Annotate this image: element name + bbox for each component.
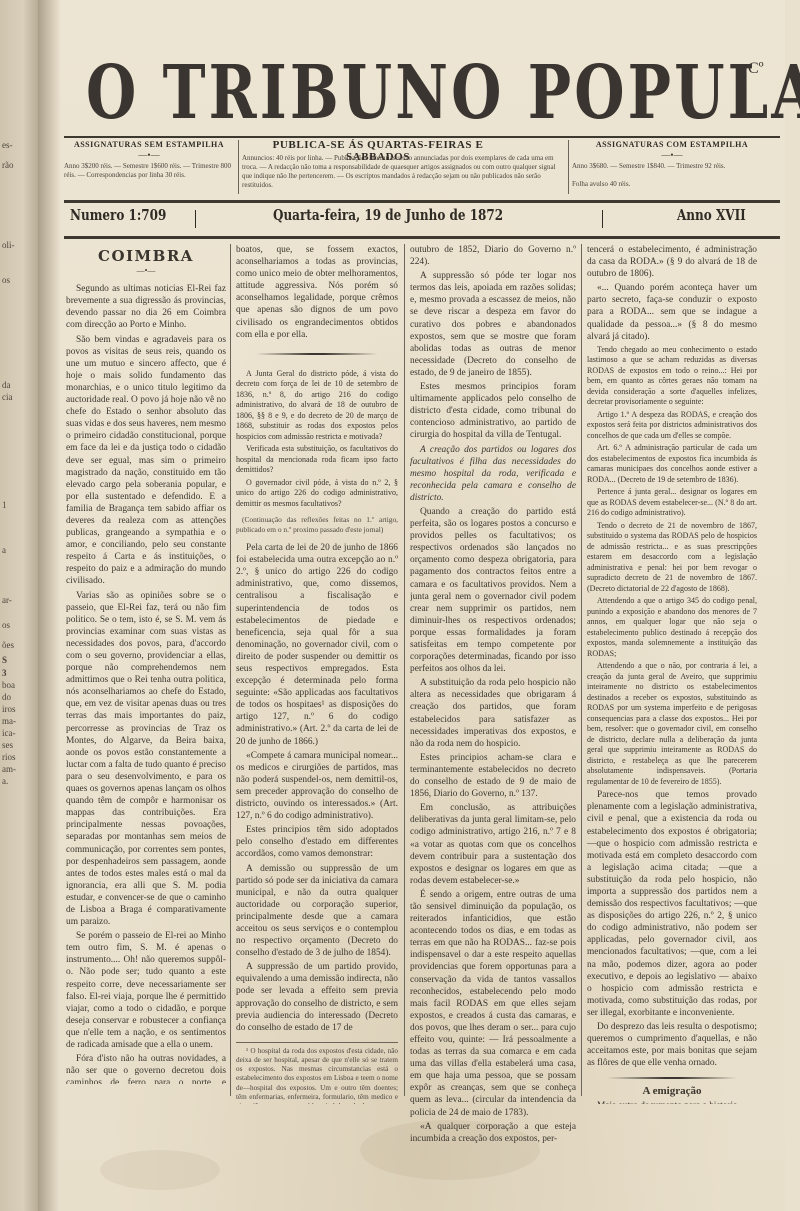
article-paragraph: São bem vindas e agradaveis para os povo… (66, 334, 226, 588)
dateline-divider (602, 210, 603, 228)
article-paragraph: É sendo a origem, entre outras de uma tã… (410, 889, 576, 1119)
dateline-bottom-rule (64, 236, 780, 239)
column-divider (230, 244, 231, 1096)
margin-fragment: ica- (2, 728, 16, 739)
margin-fragment: a (2, 545, 6, 556)
margin-fragment: ar- (2, 595, 12, 606)
article-paragraph: Se porém o passeio de El-rei ao Minho te… (66, 930, 226, 1051)
dateline-top-rule (64, 200, 780, 203)
article-paragraph: A suppressão de um partido provido, equi… (236, 961, 398, 1034)
adjacent-page-edge: es- rão oli- os da cia 1 a ar- os ões S … (0, 0, 38, 1211)
decree-quote: Attendendo a que o não, por contraria á … (587, 661, 757, 787)
article-paragraph: Parece-nos que temos provado plenamente … (587, 789, 757, 1019)
article-paragraph: «Compete á camara municipal nomear... os… (236, 750, 398, 823)
legal-question: O governador civil póde, á vista do n.º … (236, 478, 398, 510)
article-paragraph: tencerá o estabelecimento, é administraç… (587, 244, 757, 280)
issue-year: Anno XVII (677, 206, 746, 230)
footnote-rule (236, 1042, 398, 1043)
page-gutter (38, 0, 60, 1211)
margin-fragment: rão (2, 160, 14, 171)
article-paragraph: «A qualquer corporação a que esteja incu… (410, 1121, 576, 1145)
masthead-title: O TRIBUNO POPULAR (86, 48, 772, 138)
newspaper-page: O TRIBUNO POPULAR Cº ASSIGNATURAS SEM ES… (60, 0, 785, 1211)
article-paragraph: Mais outro documento para a historia (587, 1100, 757, 1105)
column-divider (238, 140, 239, 194)
column-4: tencerá o estabelecimento, é administraç… (587, 244, 757, 1104)
decree-quote: Art. 6.º A administração particular de c… (587, 443, 757, 485)
column-divider (568, 140, 569, 194)
subscription-right-heading: ASSIGNATURAS COM ESTAMPILHA (572, 140, 772, 149)
subscription-left-text: Anno 3$200 réis. — Semestre 1$600 réis. … (64, 162, 232, 180)
article-paragraph: Do desprezo das leis resulta o despotism… (587, 1021, 757, 1069)
decree-quote: Attendendo a que o artigo 345 do codigo … (587, 596, 757, 659)
issue-number: Numero 1:709 (70, 206, 166, 230)
article-paragraph: «... Quando porém aconteça haver um part… (587, 282, 757, 342)
column-2: boatos, que, se fossem exactos, aconselh… (236, 244, 398, 1104)
article-paragraph: Estes mesmos principios foram ultimament… (410, 381, 576, 441)
ornament: —•— (572, 150, 772, 160)
margin-fragment: os (2, 620, 10, 631)
decree-quote: Pertence á junta geral... designar os lo… (587, 487, 757, 519)
margin-fragment: 3 (2, 668, 7, 679)
margin-fragment: cia (2, 392, 13, 403)
issue-date: Quarta-feira, 19 de Junho de 1872 (273, 206, 503, 230)
margin-fragment: es- (2, 140, 13, 151)
continuation-note: (Continuação das reflexões feitas no 1.º… (236, 515, 398, 534)
decree-quote: Tendo chegado ao meu conhecimento o esta… (587, 345, 757, 408)
margin-fragment: S (2, 655, 7, 666)
article-paragraph: A demissão ou suppressão de um partido s… (236, 863, 398, 960)
margin-fragment: ses (2, 740, 13, 751)
subscription-left-heading: ASSIGNATURAS SEM ESTAMPILHA (64, 140, 234, 149)
margin-fragment: ma- (2, 716, 16, 727)
margin-fragment: os (2, 275, 10, 286)
decree-quote: Artigo 1.º A despeza das RODAS, e creaçã… (587, 410, 757, 442)
margin-fragment: iros (2, 704, 16, 715)
article-paragraph: A substituição da roda pelo hospicio não… (410, 677, 576, 750)
margin-fragment: da (2, 380, 11, 391)
legal-question: Verificada esta substituição, os faculta… (236, 444, 398, 476)
corner-mark: Cº (748, 60, 764, 78)
margin-fragment: am- (2, 764, 16, 775)
column-divider (404, 244, 405, 1096)
margin-fragment: boa (2, 680, 15, 691)
masthead-rule (64, 136, 780, 138)
section-title-emigracao: A emigração (587, 1085, 757, 1097)
article-paragraph: A suppressão só póde ter logar nos termo… (410, 270, 576, 379)
article-paragraph: Fóra d'isto não ha outras novidades, a n… (66, 1053, 226, 1084)
margin-fragment: 1 (2, 500, 7, 511)
paper-stain (100, 1150, 220, 1190)
margin-fragment: rios (2, 752, 16, 763)
article-paragraph: Estes principios acham-se clara e termin… (410, 752, 576, 800)
column-3: outubro de 1852, Diario do Governo n.º 2… (410, 244, 576, 1184)
margin-fragment: oli- (2, 240, 15, 251)
section-title-coimbra: COIMBRA (66, 250, 226, 262)
section-separator (256, 353, 378, 355)
article-paragraph: Segundo as ultimas noticias El-Rei faz b… (66, 283, 226, 331)
footnote: ¹ O hospital da roda dos expostos d'esta… (236, 1047, 398, 1104)
article-paragraph: Varias são as opiniões sobre se o passei… (66, 590, 226, 929)
decree-quote: Tendo o decreto de 21 de novembro de 186… (587, 521, 757, 595)
publication-terms-text: Annuncios: 40 réis por linha. — Publicaç… (242, 154, 564, 190)
article-paragraph: Quando a creação do partido está perfeit… (410, 506, 576, 675)
margin-fragment: ões (2, 640, 14, 651)
article-paragraph: Estes principios têm sido adoptados pelo… (236, 824, 398, 860)
legal-question: A Junta Geral do districto póde, á vista… (236, 369, 398, 443)
dateline-divider (195, 210, 196, 228)
ornament: —•— (66, 265, 226, 277)
section-separator (607, 1077, 737, 1079)
column-divider (581, 244, 582, 1096)
ornament: —•— (64, 150, 234, 160)
article-paragraph: outubro de 1852, Diario do Governo n.º 2… (410, 244, 576, 268)
subscription-right-text: Anno 3$680. — Semestre 1$840. — Trimestr… (572, 162, 772, 171)
single-issue-price: Folha avulso 40 réis. (572, 180, 772, 189)
article-paragraph: Pela carta de lei de 20 de junho de 1866… (236, 542, 398, 748)
article-paragraph: boatos, que, se fossem exactos, aconselh… (236, 244, 398, 341)
article-paragraph: A creação dos partidos ou logares dos fa… (410, 444, 576, 504)
margin-fragment: do (2, 692, 11, 703)
column-1: COIMBRA —•— Segundo as ultimas noticias … (66, 244, 226, 1084)
article-paragraph: Em conclusão, as attribuições deliberati… (410, 802, 576, 887)
margin-fragment: a. (2, 776, 8, 787)
